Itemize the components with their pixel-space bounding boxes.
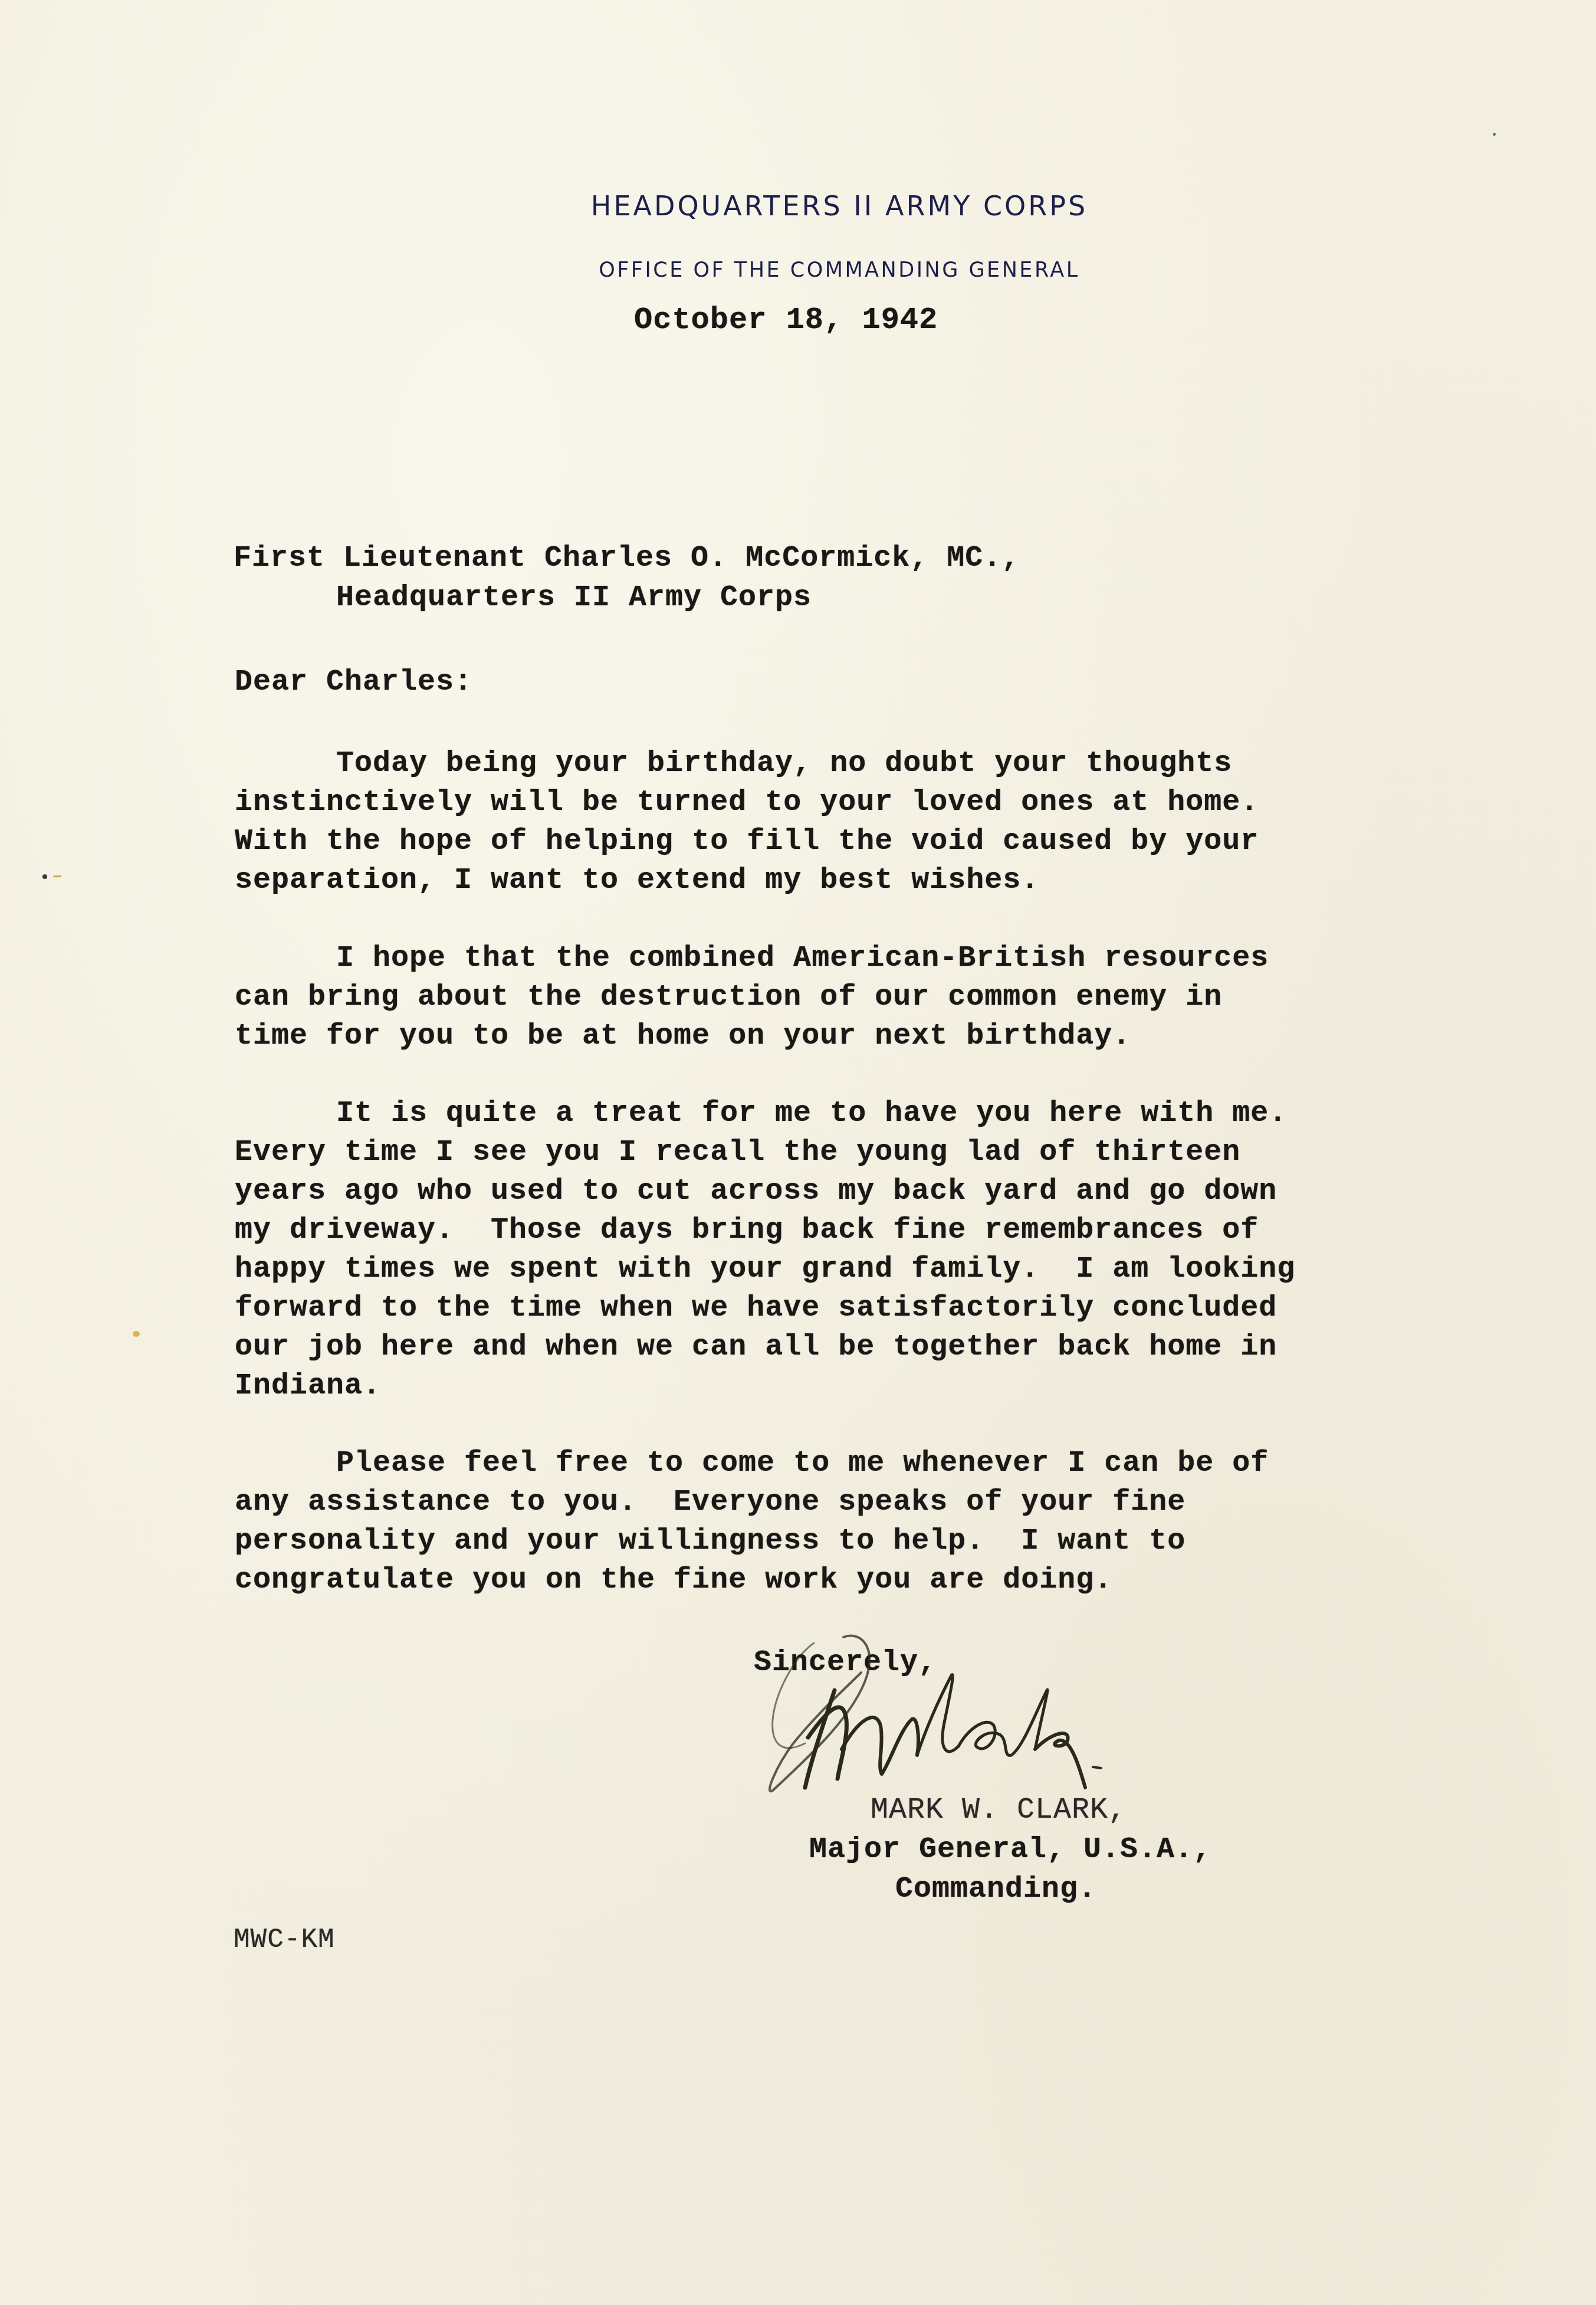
body-line: With the hope of helping to fill the voi… xyxy=(235,822,1259,861)
body-line: congratulate you on the fine work you ar… xyxy=(235,1561,1269,1600)
letterhead-office: OFFICE OF THE COMMANDING GENERAL xyxy=(41,258,1596,282)
addressee-line-2: Headquarters II Army Corps xyxy=(336,581,812,615)
body-line: Every time I see you I recall the young … xyxy=(235,1133,1295,1172)
body-line: my driveway. Those days bring back fine … xyxy=(235,1211,1295,1250)
body-paragraph-4: Please feel free to come to me whenever … xyxy=(235,1444,1269,1600)
body-line: forward to the time when we have satisfa… xyxy=(235,1289,1295,1328)
body-line: instinctively will be turned to your lov… xyxy=(235,783,1259,822)
paper-speck xyxy=(53,876,61,877)
signatory-name: MARK W. CLARK, xyxy=(871,1793,1127,1827)
letterhead-organization: HEADQUARTERS II ARMY CORPS xyxy=(41,190,1596,222)
body-line: I hope that the combined American-Britis… xyxy=(235,939,1269,978)
body-line: our job here and when we can all be toge… xyxy=(235,1328,1295,1367)
salutation: Dear Charles: xyxy=(235,665,472,699)
body-line: any assistance to you. Everyone speaks o… xyxy=(235,1483,1269,1522)
signatory-title: Commanding. xyxy=(895,1873,1096,1906)
body-line: happy times we spent with your grand fam… xyxy=(235,1250,1295,1289)
handwritten-signature xyxy=(740,1619,1247,1796)
body-line: can bring about the destruction of our c… xyxy=(235,978,1269,1017)
body-line: Today being your birthday, no doubt your… xyxy=(235,745,1259,783)
body-line: time for you to be at home on your next … xyxy=(235,1017,1269,1056)
addressee-line-1: First Lieutenant Charles O. McCormick, M… xyxy=(234,542,1020,575)
paper-speck xyxy=(42,874,47,879)
paper-speck xyxy=(1493,133,1496,136)
body-line: personality and your willingness to help… xyxy=(235,1522,1269,1561)
signatory-rank: Major General, U.S.A., xyxy=(809,1833,1211,1867)
body-line: Please feel free to come to me whenever … xyxy=(235,1444,1269,1483)
body-line: It is quite a treat for me to have you h… xyxy=(235,1094,1295,1133)
body-paragraph-1: Today being your birthday, no doubt your… xyxy=(235,745,1259,900)
reference-initials: MWC-KM xyxy=(234,1924,335,1955)
body-line: Indiana. xyxy=(235,1367,1295,1406)
body-paragraph-2: I hope that the combined American-Britis… xyxy=(235,939,1269,1056)
letter-date: October 18, 1942 xyxy=(634,303,938,337)
body-paragraph-3: It is quite a treat for me to have you h… xyxy=(235,1094,1295,1406)
paper-speck xyxy=(133,1331,140,1337)
body-line: separation, I want to extend my best wis… xyxy=(235,861,1259,900)
body-line: years ago who used to cut across my back… xyxy=(235,1172,1295,1211)
